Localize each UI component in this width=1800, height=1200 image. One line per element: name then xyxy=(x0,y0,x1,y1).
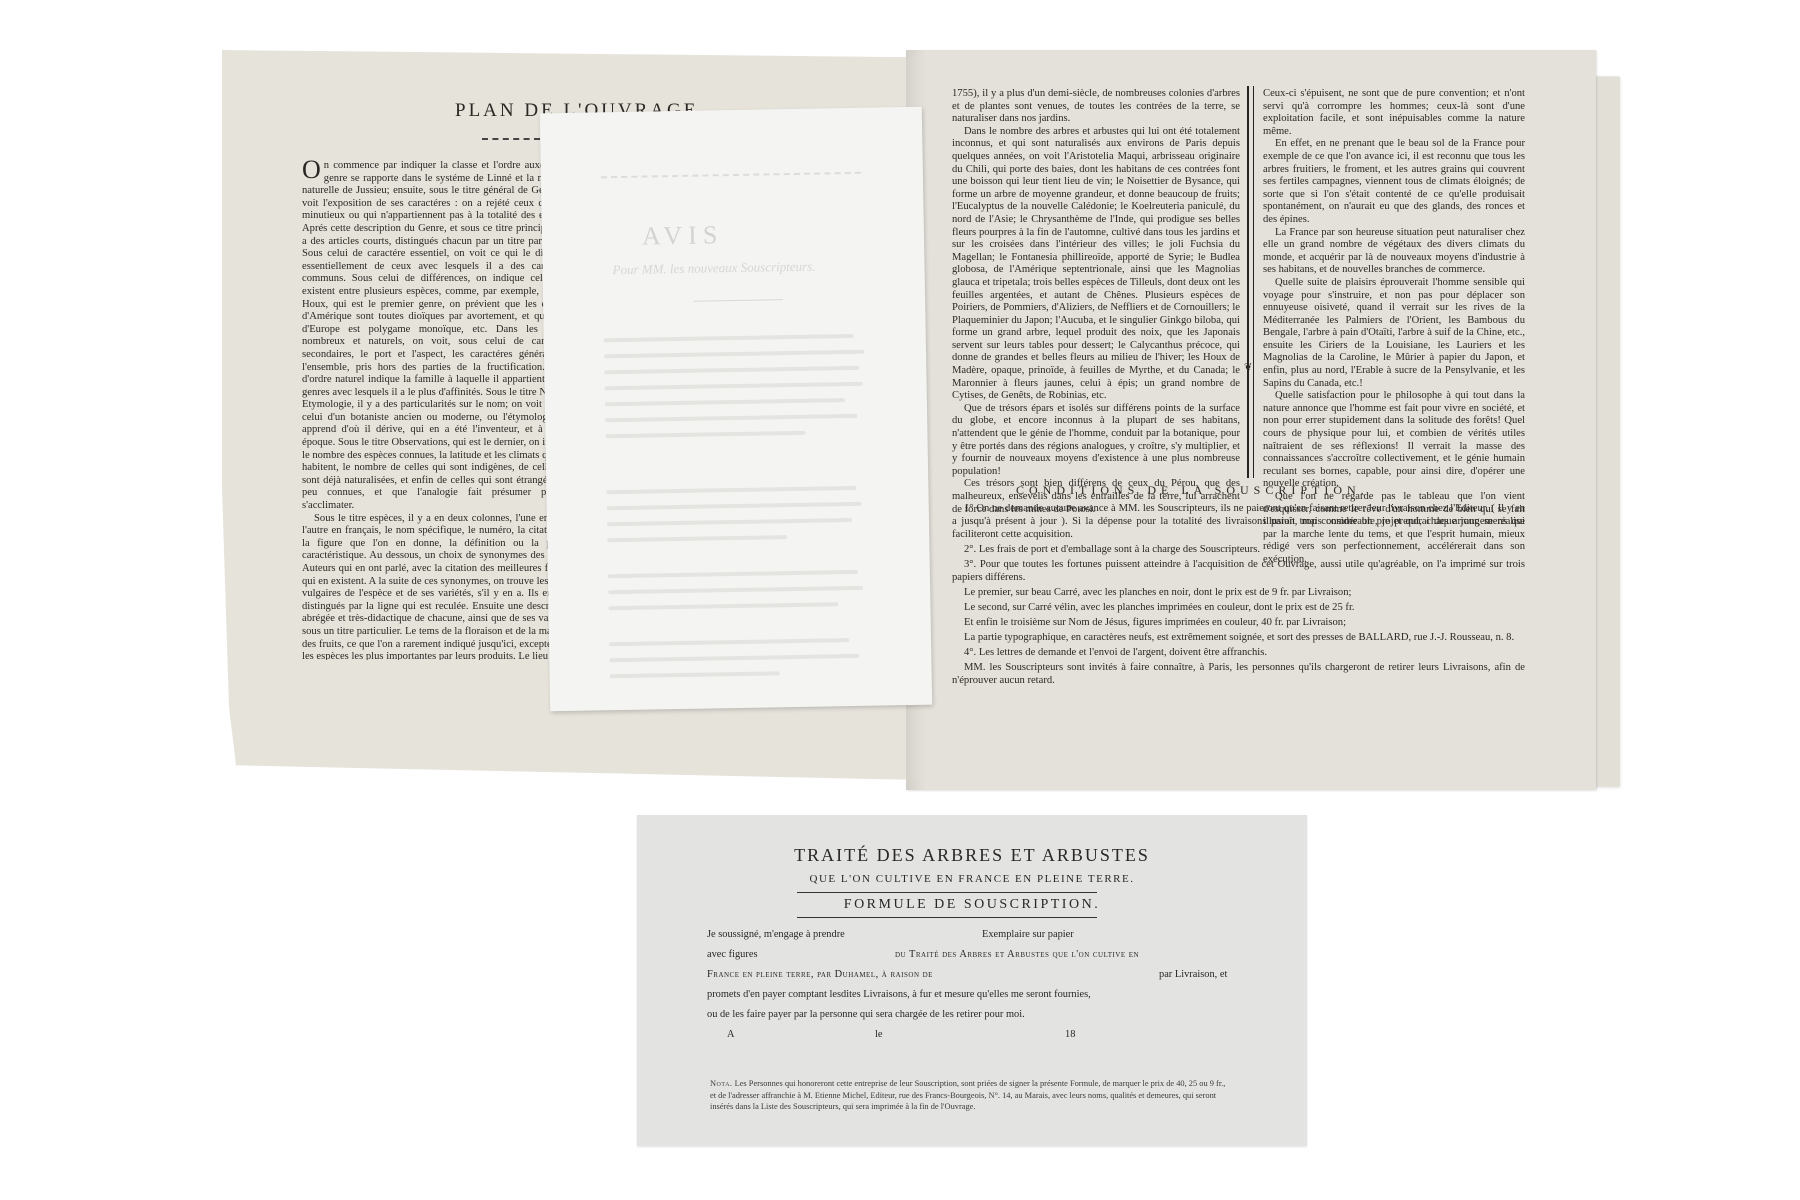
form-body: Je soussigné, m'engage à prendre Exempla… xyxy=(707,925,1247,1045)
avis-title: AVIS xyxy=(642,220,724,251)
condition-item: 1° On ne demande aucune avance à MM. les… xyxy=(952,502,1525,541)
show-through-text xyxy=(605,431,805,438)
show-through-text xyxy=(604,350,864,359)
condition-item: Le second, sur Carré vélin, avec les pla… xyxy=(952,601,1525,614)
paragraph: On commence par indiquer la classe et l'… xyxy=(302,160,574,513)
show-through-text xyxy=(607,518,852,526)
formule-title: FORMULE DE SOUSCRIPTION. xyxy=(637,897,1307,913)
show-through-text xyxy=(609,638,849,646)
show-through-text xyxy=(605,414,857,422)
form-line: ou de les faire payer par la personne qu… xyxy=(707,1005,1247,1025)
conditions-title: CONDITIONS DE LA SOUSCRIPTION. xyxy=(1016,483,1369,498)
show-through-text xyxy=(608,602,838,610)
condition-item: Et enfin le troisième sur Nom de Jésus, … xyxy=(952,616,1525,629)
form-line: France en pleine terre, par Duhamel, à r… xyxy=(707,965,1247,985)
nota-text: Nota. Les Personnes qui honoreront cette… xyxy=(710,1078,1230,1113)
fleuron-icon: ❦ xyxy=(1244,362,1252,373)
show-through-text xyxy=(606,486,856,494)
paragraph: Que de trésors épars et isolés sur diffé… xyxy=(952,403,1240,479)
condition-item: 2°. Les frais de port et d'emballage son… xyxy=(952,543,1525,556)
form-line: Je soussigné, m'engage à prendre Exempla… xyxy=(707,925,1247,945)
paragraph: Dans le nombre des arbres et arbustes qu… xyxy=(952,126,1240,403)
condition-item: Le premier, sur beau Carré, avec les pla… xyxy=(952,586,1525,599)
avis-insert-sheet: AVIS Pour MM. les nouveaux Souscripteurs… xyxy=(540,107,932,712)
right-page-column-1: 1755), il y a plus d'un demi-siècle, de … xyxy=(952,88,1240,516)
avis-subtitle: Pour MM. les nouveaux Souscripteurs. xyxy=(612,259,815,279)
subscription-form-card: TRAITÉ DES ARBRES ET ARBUSTES QUE L'ON C… xyxy=(637,815,1307,1146)
paragraph: Sous le titre espèces, il y a en deux co… xyxy=(302,513,574,660)
paragraph: Quelle suite de plaisirs éprouverait l'h… xyxy=(1263,277,1525,390)
paragraph: Quelle satisfaction pour le philosophe à… xyxy=(1263,390,1525,491)
show-through-text xyxy=(604,334,854,342)
show-through-text xyxy=(607,535,787,542)
condition-item: 3°. Pour que toutes les fortunes puissen… xyxy=(952,558,1525,584)
rule xyxy=(797,892,1097,893)
column-rule xyxy=(1247,86,1254,478)
show-through-text xyxy=(607,502,862,510)
nota-label: Nota. xyxy=(710,1079,733,1088)
dropcap: O xyxy=(302,160,321,180)
form-date-line: A le 18 xyxy=(707,1025,1247,1045)
show-through-text xyxy=(605,398,845,406)
form-subheading: QUE L'ON CULTIVE EN FRANCE EN PLEINE TER… xyxy=(637,873,1307,885)
left-page-text: On commence par indiquer la classe et l'… xyxy=(302,160,574,660)
paragraph: 1755), il y a plus d'un demi-siècle, de … xyxy=(952,88,1240,126)
form-heading: TRAITÉ DES ARBRES ET ARBUSTES xyxy=(637,845,1307,866)
form-line: avec figures du Traité des Arbres et Arb… xyxy=(707,945,1247,965)
conditions-list: 1° On ne demande aucune avance à MM. les… xyxy=(952,502,1525,689)
paragraph: La France par son heureuse situation peu… xyxy=(1263,227,1525,277)
faint-ornament xyxy=(601,172,861,179)
form-line: promets d'en payer comptant lesdites Liv… xyxy=(707,985,1247,1005)
show-through-text xyxy=(604,366,859,374)
condition-item: MM. les Souscripteurs sont invités à fai… xyxy=(952,661,1525,687)
paragraph: En effet, en ne prenant que le beau sol … xyxy=(1263,138,1525,226)
faint-rule xyxy=(693,299,783,302)
show-through-text xyxy=(608,570,858,578)
show-through-text xyxy=(605,382,863,391)
show-through-text xyxy=(610,671,780,678)
rule xyxy=(797,917,1097,918)
condition-item: 4°. Les lettres de demande et l'envoi de… xyxy=(952,646,1525,659)
show-through-text xyxy=(608,586,863,594)
condition-item: La partie typographique, en caractères n… xyxy=(952,631,1525,644)
show-through-text xyxy=(609,654,859,662)
paragraph: Ceux-ci s'épuisent, ne sont que de pure … xyxy=(1263,88,1525,138)
